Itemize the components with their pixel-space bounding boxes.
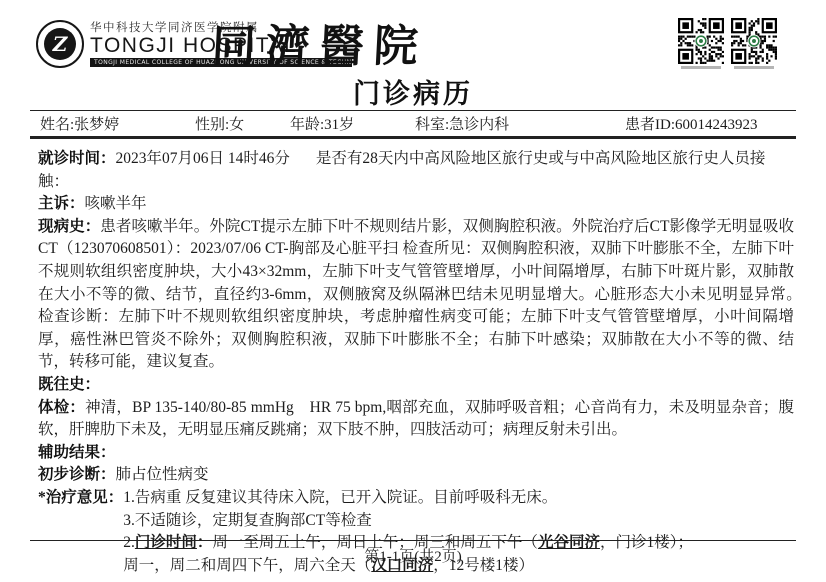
- qr-caption-bar: [734, 66, 774, 69]
- chief-complaint-label: 主诉：: [38, 195, 85, 212]
- qr-code-block-1: [678, 18, 724, 69]
- hospital-name-calligraphy: 同濟醫院: [210, 10, 429, 74]
- preliminary-diagnosis-line: 初步诊断：肺占位性病变: [38, 464, 794, 487]
- patient-dept-value: 急诊内科: [449, 117, 509, 133]
- patient-gender-value: 女: [229, 117, 244, 133]
- hospital-logo-emblem: Z: [44, 28, 76, 60]
- past-history-line: 既往史：: [38, 374, 794, 397]
- chief-complaint-line: 主诉：咳嗽半年: [38, 193, 794, 216]
- visit-time-line: 就诊时间：2023年07月06日 14时46分是否有28天内中高风险地区旅行史或…: [38, 148, 794, 193]
- present-illness-text: 患者咳嗽半年。外院CT提示左肺下叶不规则结片影，双侧胸腔积液。外院治疗后CT影像…: [38, 218, 810, 371]
- qr-code-icon: [731, 18, 777, 64]
- treatment-item-3: 3.不适随诊，定期复查胸部CT等检查: [123, 510, 794, 533]
- past-history-label: 既往史：: [38, 376, 100, 393]
- patient-gender-label: 性别:: [195, 117, 229, 133]
- logo-letter: Z: [53, 32, 68, 56]
- treatment-item-1: 1.告病重 反复建议其待床入院，已开入院证。目前呼吸科无床。: [123, 487, 794, 510]
- patient-name-label: 姓名:: [40, 117, 74, 133]
- record-body: 就诊时间：2023年07月06日 14时46分是否有28天内中高风险地区旅行史或…: [38, 148, 794, 577]
- aux-results-line: 辅助结果：: [38, 442, 794, 465]
- physical-exam-paragraph: 体检：神清，BP 135-140/80-85 mmHg HR 75 bpm,咽部…: [38, 397, 794, 442]
- patient-dept-label: 科室:: [415, 117, 449, 133]
- qr-code-block-2: [731, 18, 777, 69]
- hospital-logo: Z: [36, 20, 84, 68]
- footer-divider: [30, 540, 796, 541]
- patient-name-field: 姓名:张梦婷: [40, 113, 195, 134]
- aux-results-label: 辅助结果：: [38, 444, 116, 461]
- patient-id-label: 患者ID:: [625, 117, 675, 133]
- visit-time-label: 就诊时间：: [38, 150, 116, 167]
- patient-id-field: 患者ID:60014243923: [625, 113, 796, 134]
- patient-age-value: 31岁: [324, 117, 354, 133]
- treatment-advice-label: *治疗意见：: [38, 487, 123, 510]
- chief-complaint-value: 咳嗽半年: [85, 195, 147, 212]
- patient-id-value: 60014243923: [675, 117, 758, 133]
- qr-code-icon: [678, 18, 724, 64]
- physical-exam-text: 神清，BP 135-140/80-85 mmHg HR 75 bpm,咽部充血，…: [38, 399, 794, 439]
- patient-gender-field: 性别:女: [195, 113, 290, 134]
- preliminary-diagnosis-value: 肺占位性病变: [116, 466, 209, 483]
- visit-time-value: 2023年07月06日 14时46分: [116, 150, 290, 167]
- patient-name-value: 张梦婷: [74, 117, 119, 133]
- patient-dept-field: 科室:急诊内科: [415, 113, 625, 134]
- patient-age-label: 年龄:: [290, 117, 324, 133]
- page-number: 第1-1页(共2页): [0, 545, 826, 566]
- preliminary-diagnosis-label: 初步诊断：: [38, 466, 116, 483]
- patient-age-field: 年龄:31岁: [290, 113, 415, 134]
- present-illness-label: 现病史：: [38, 218, 100, 235]
- medical-record-page: Z 华中科技大学同济医学院附属 TONGJI HOSPITAL TONGJI M…: [0, 0, 826, 582]
- patient-info-row: 姓名:张梦婷 性别:女 年龄:31岁 科室:急诊内科 患者ID:60014243…: [30, 110, 796, 139]
- qr-caption-bar: [681, 66, 721, 69]
- page-title: 门诊病历: [0, 72, 826, 111]
- physical-exam-label: 体检：: [38, 399, 85, 416]
- present-illness-paragraph: 现病史：患者咳嗽半年。外院CT提示左肺下叶不规则结片影，双侧胸腔积液。外院治疗后…: [38, 216, 794, 374]
